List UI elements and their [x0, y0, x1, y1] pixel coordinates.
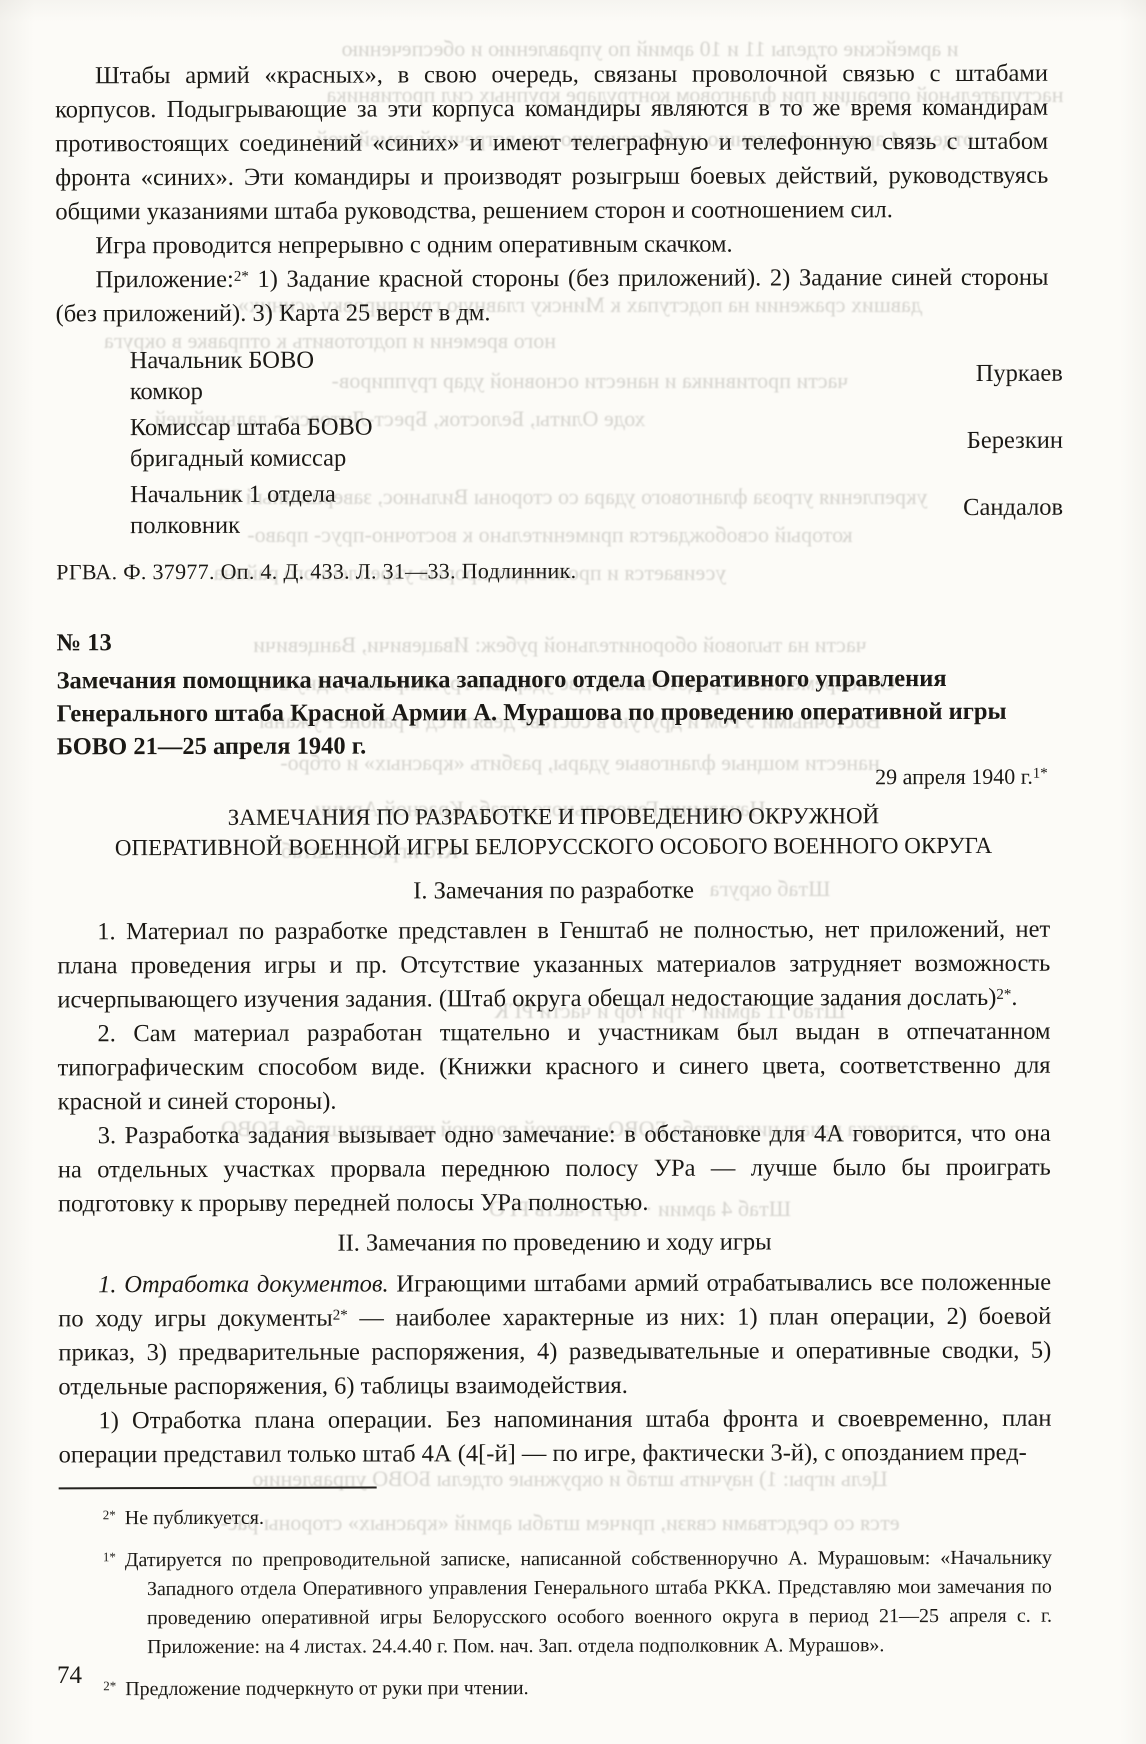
document-date: 29 апреля 1940 г.1*	[57, 764, 1050, 793]
footnote: 1*Датируется по препроводительной записк…	[59, 1544, 1052, 1663]
footnote-marker: 2*	[103, 1678, 116, 1693]
signature-row: Комиссар штаба БОВО бригадный комиссар Б…	[130, 410, 1049, 474]
text-run: 1. Материал по разработке представлен в …	[57, 916, 1050, 1014]
footnote-ref-2: 2*	[996, 987, 1011, 1003]
signature-titles: Начальник БОВО комкор	[130, 345, 314, 407]
signature-name: Сандалов	[963, 494, 1063, 522]
signature-post: Комиссар штаба БОВО	[130, 412, 373, 444]
page-number: 74	[57, 1662, 82, 1690]
signature-rank: полковник	[130, 510, 336, 542]
signature-titles: Комиссар штаба БОВО бригадный комиссар	[130, 412, 373, 475]
document-title: Замечания помощника начальника западного…	[57, 662, 1050, 764]
footnote-ref-2: 2*	[234, 269, 249, 285]
paragraph-attachments: Приложение:2* 1) Задание красной стороны…	[55, 261, 1048, 332]
paragraph-documents: 1. Отработка документов. Играющими штаба…	[58, 1266, 1051, 1405]
paragraph-red-staffs: Штабы армий «красных», в свою очередь, с…	[55, 57, 1048, 230]
signature-post: Начальник 1 отдела	[130, 479, 336, 511]
heading-line: ЗАМЕЧАНИЯ ПО РАЗРАБОТКЕ И ПРОВЕДЕНИЮ ОКР…	[57, 801, 1050, 834]
paragraph-3: 3. Разработка задания вызывает одно заме…	[58, 1117, 1051, 1222]
signature-block: Начальник БОВО комкор Пуркаев Комиссар ш…	[130, 343, 1050, 541]
footnote-marker: 1*	[103, 1549, 116, 1564]
scanned-book-page: и армейские отделы 11 и 10 армий по упра…	[0, 0, 1146, 1744]
signature-row: Начальник 1 отдела полковник Сандалов	[130, 477, 1049, 541]
heading-line: ОПЕРАТИВНОЙ ВОЕННОЙ ИГРЫ БЕЛОРУССКОГО ОС…	[57, 831, 1050, 864]
footnote: 2*Не публикуется.	[59, 1502, 1052, 1534]
signature-rank: комкор	[130, 376, 314, 407]
signature-name: Пуркаев	[976, 360, 1063, 388]
text-run: Приложение:	[95, 266, 233, 293]
signature-row: Начальник БОВО комкор Пуркаев	[130, 343, 1049, 407]
section-1-heading: I. Замечания по разработке	[57, 876, 1050, 907]
signature-post: Начальник БОВО	[130, 345, 314, 376]
footnote: 2*Предложение подчеркнуто от руки при чт…	[59, 1673, 1052, 1705]
footnote-text: Датируется по препроводительной записке,…	[125, 1547, 1052, 1658]
document-heading-caps: ЗАМЕЧАНИЯ ПО РАЗРАБОТКЕ И ПРОВЕДЕНИЮ ОКР…	[57, 801, 1050, 864]
signature-rank: бригадный комиссар	[130, 443, 373, 475]
italic-lead: 1. Отработка документов.	[98, 1270, 389, 1298]
footnote-text: Не публикуется.	[125, 1507, 264, 1529]
paragraph-operation-plan: 1) Отработка плана операции. Без напомин…	[58, 1402, 1051, 1473]
archive-reference: РГВА. Ф. 37977. Оп. 4. Д. 433. Л. 31—33.…	[56, 557, 1049, 586]
section-2-heading: II. Замечания по проведению и ходу игры	[58, 1228, 1051, 1259]
signature-titles: Начальник 1 отдела полковник	[130, 479, 336, 542]
paragraph-game-continuous: Игра проводится непрерывно с одним опера…	[55, 227, 1048, 264]
footnote-block: 2*Не публикуется. 1*Датируется по препро…	[59, 1485, 1053, 1705]
signature-name: Березкин	[967, 427, 1063, 455]
page-text-block: Штабы армий «красных», в свою очередь, с…	[0, 0, 1146, 1704]
text-run: .	[1011, 984, 1017, 1011]
footnote-text: Предложение подчеркнуто от руки при чтен…	[125, 1677, 528, 1700]
footnote-ref-1: 1*	[1033, 766, 1048, 782]
footnote-marker: 2*	[103, 1507, 116, 1522]
paragraph-1: 1. Материал по разработке представлен в …	[57, 913, 1050, 1018]
footnote-separator	[59, 1487, 377, 1490]
paragraph-2: 2. Сам материал разработан тщательно и у…	[57, 1015, 1050, 1120]
date-text: 29 апреля 1940 г.	[875, 764, 1033, 789]
footnote-ref-2: 2*	[333, 1308, 348, 1324]
document-number: № 13	[56, 627, 1049, 658]
